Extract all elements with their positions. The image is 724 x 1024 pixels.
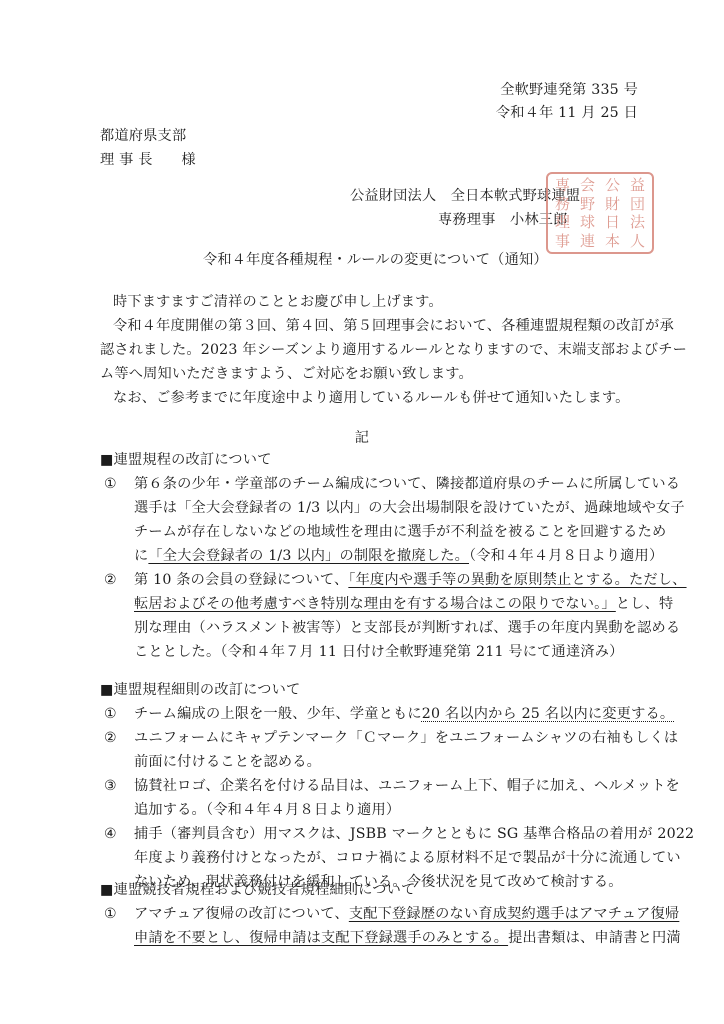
underlined-text: 20 名以内から 25 名以内に変更する。 <box>422 706 674 722</box>
item-text: こととした。（令和４年７月 11 日付け全軟野連発第 211 号にて通達済み） <box>134 642 624 662</box>
item-text: 協賛社ロゴ、企業名を付ける品目は、ユニフォーム上下、帽子に加え、ヘルメットを <box>134 776 680 796</box>
item-number: ① <box>104 474 117 494</box>
intro-paragraph-line: 認されました。2023 年シーズンより適用するルールとなりますので、末端支部およ… <box>100 340 687 360</box>
item-number: ② <box>104 570 117 590</box>
item-text: に「全大会登録者の 1/3 以内」の制限を撤廃した。（令和４年４月８日より適用） <box>134 546 663 566</box>
item-text: 捕手（審判員含む）用マスクは、JSBB マークとともに SG 基準合格品の着用が… <box>134 824 694 844</box>
item-number: ④ <box>104 824 117 844</box>
item-text: 申請を不要とし、復帰申請は支配下登録選手のみとする。提出書類は、申請書と円満 <box>134 928 681 948</box>
item-text: ユニフォームにキャプテンマーク「Ｃマーク」をユニフォームシャツの右袖もしくは <box>134 728 678 748</box>
item-text: 転居およびその他考慮すべき特別な理由を有する場合はこの限りでない。」とし、特 <box>134 594 673 614</box>
item-text: 第６条の少年・学童部のチーム編成について、隣接都道府県のチームに所属している <box>134 474 680 494</box>
greeting: 時下ますますご清祥のこととお慶び申し上げます。 <box>113 292 443 312</box>
intro-paragraph-line: ム等へ周知いただきますよう、ご対応をお願い致します。 <box>100 364 473 384</box>
document-date: 令和４年 11 月 25 日 <box>496 103 638 123</box>
section-heading: ■連盟規程細則の改訂について <box>100 680 300 700</box>
recipient-branch: 都道府県支部 <box>100 126 186 146</box>
section-heading: ■連盟競技者規程および競技者規程細則について <box>100 880 415 900</box>
item-number: ③ <box>104 776 117 796</box>
intro-note: なお、ご参考までに年度途中より適用しているルールも併せて通知いたします。 <box>113 388 630 408</box>
underlined-text: 支配下登録歴のない育成契約選手はアマチュア復帰 <box>349 906 680 922</box>
underlined-text: 「年度内や選手等の異動を原則禁止とする。ただし、 <box>348 572 686 588</box>
document-number: 全軟野連発第 335 号 <box>500 80 638 100</box>
document-title: 令和４年度各種規程・ルールの変更について（通知） <box>203 250 548 270</box>
item-text: 第 10 条の会員の登録について、「年度内や選手等の異動を原則禁止とする。ただし… <box>134 570 687 590</box>
item-text: アマチュア復帰の改訂について、支配下登録歴のない育成契約選手はアマチュア復帰 <box>134 904 679 924</box>
item-text: 選手は「全大会登録者の 1/3 以内」の大会出場制限を設けていたが、過疎地域や女… <box>134 498 685 518</box>
underlined-text: 転居およびその他考慮すべき特別な理由を有する場合はこの限りでない。」 <box>134 596 616 612</box>
item-text: 年度より義務付けとなったが、コロナ禍による原材料不足で製品が十分に流通してい <box>134 848 681 868</box>
item-text: 別な理由（ハラスメント被害等）と支部長が判断すれば、選手の年度内異動を認める <box>134 618 680 638</box>
recipient-title: 理 事 長 様 <box>100 150 196 170</box>
official-seal-stamp: 専会公益 務野財団 理球日法 事連本人 <box>546 172 654 254</box>
item-text: 追加する。（令和４年４月８日より適用） <box>134 800 400 820</box>
underlined-text: 「全大会登録者の 1/3 以内」の制限を撤廃した。 <box>148 548 469 564</box>
item-text: チーム編成の上限を一般、少年、学童ともに20 名以内から 25 名以内に変更する… <box>134 704 674 724</box>
intro-paragraph-line: 令和４年度開催の第３回、第４回、第５回理事会において、各種連盟規程類の改訂が承 <box>113 316 674 336</box>
section-heading: ■連盟規程の改訂について <box>100 450 272 470</box>
item-number: ① <box>104 904 117 924</box>
item-text: チームが存在しないなどの地域性を理由に選手が不利益を被ることを回避するため <box>134 522 666 542</box>
item-number: ① <box>104 704 117 724</box>
underlined-text: 申請を不要とし、復帰申請は支配下登録選手のみとする。 <box>134 930 508 946</box>
item-text: 前面に付けることを認める。 <box>134 752 321 772</box>
ki-marker: 記 <box>0 428 724 448</box>
item-number: ② <box>104 728 117 748</box>
document-page: 全軟野連発第 335 号 令和４年 11 月 25 日 都道府県支部 理 事 長… <box>0 0 724 1024</box>
